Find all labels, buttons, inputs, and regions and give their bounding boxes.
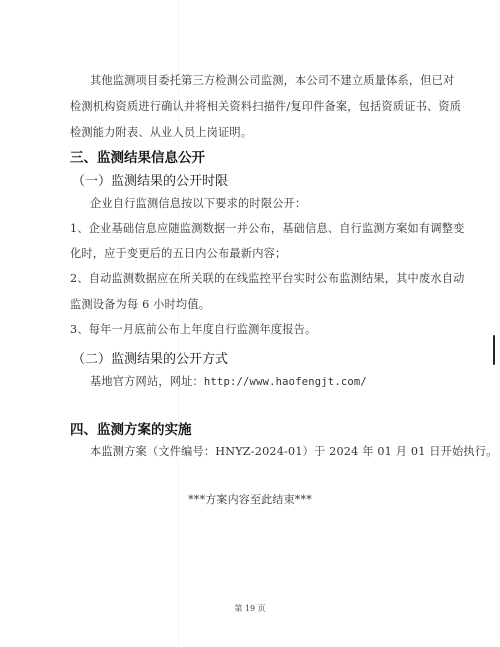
section-3-1-heading: （一）监测结果的公开时限 [72,170,228,189]
section-3-1-intro: 企业自行监测信息按以下要求的时限公开： [90,195,306,211]
end-note: ***方案内容至此结束*** [0,491,500,507]
page-number: 第 19 页 [0,603,500,614]
section-3-2-heading: （二）监测结果的公开方式 [72,348,228,367]
paragraph-intro-line-1: 其他监测项目委托第三方检测公司监测，本公司不建立质量体系，但已对 [90,72,454,88]
section-3-heading: 三、监测结果信息公开 [70,146,205,166]
section-4-text: 本监测方案（文件编号：HNYZ-2024-01）于 2024 年 01 月 01… [90,443,498,459]
paragraph-intro-line-3: 检测能力附表、从业人员上岗证明。 [70,124,252,140]
scan-edge-mark [493,335,495,365]
website-line: 基地官方网站，网址：http://www.haofengjt.com/ [90,373,367,389]
website-url[interactable]: http://www.haofengjt.com/ [204,376,367,388]
item-1-line-2: 化时，应于变更后的五日内公布最新内容； [70,245,286,261]
website-label: 基地官方网站，网址： [90,375,204,388]
paragraph-intro-line-2: 检测机构资质进行确认并将相关资料扫描件/复印件备案，包括资质证书、资质 [70,98,461,114]
item-2-line-2: 监测设备为每 6 小时均值。 [70,296,210,312]
item-2-line-1: 2、自动监测数据应在所关联的在线监控平台实时公布监测结果，其中废水自动 [70,270,465,286]
item-1-line-1: 1、企业基础信息应随监测数据一并公布，基础信息、自行监测方案如有调整变 [70,220,465,236]
section-4-heading: 四、监测方案的实施 [70,418,192,438]
item-3-line-1: 3、每年一月底前公布上年度自行监测年度报告。 [70,321,316,337]
